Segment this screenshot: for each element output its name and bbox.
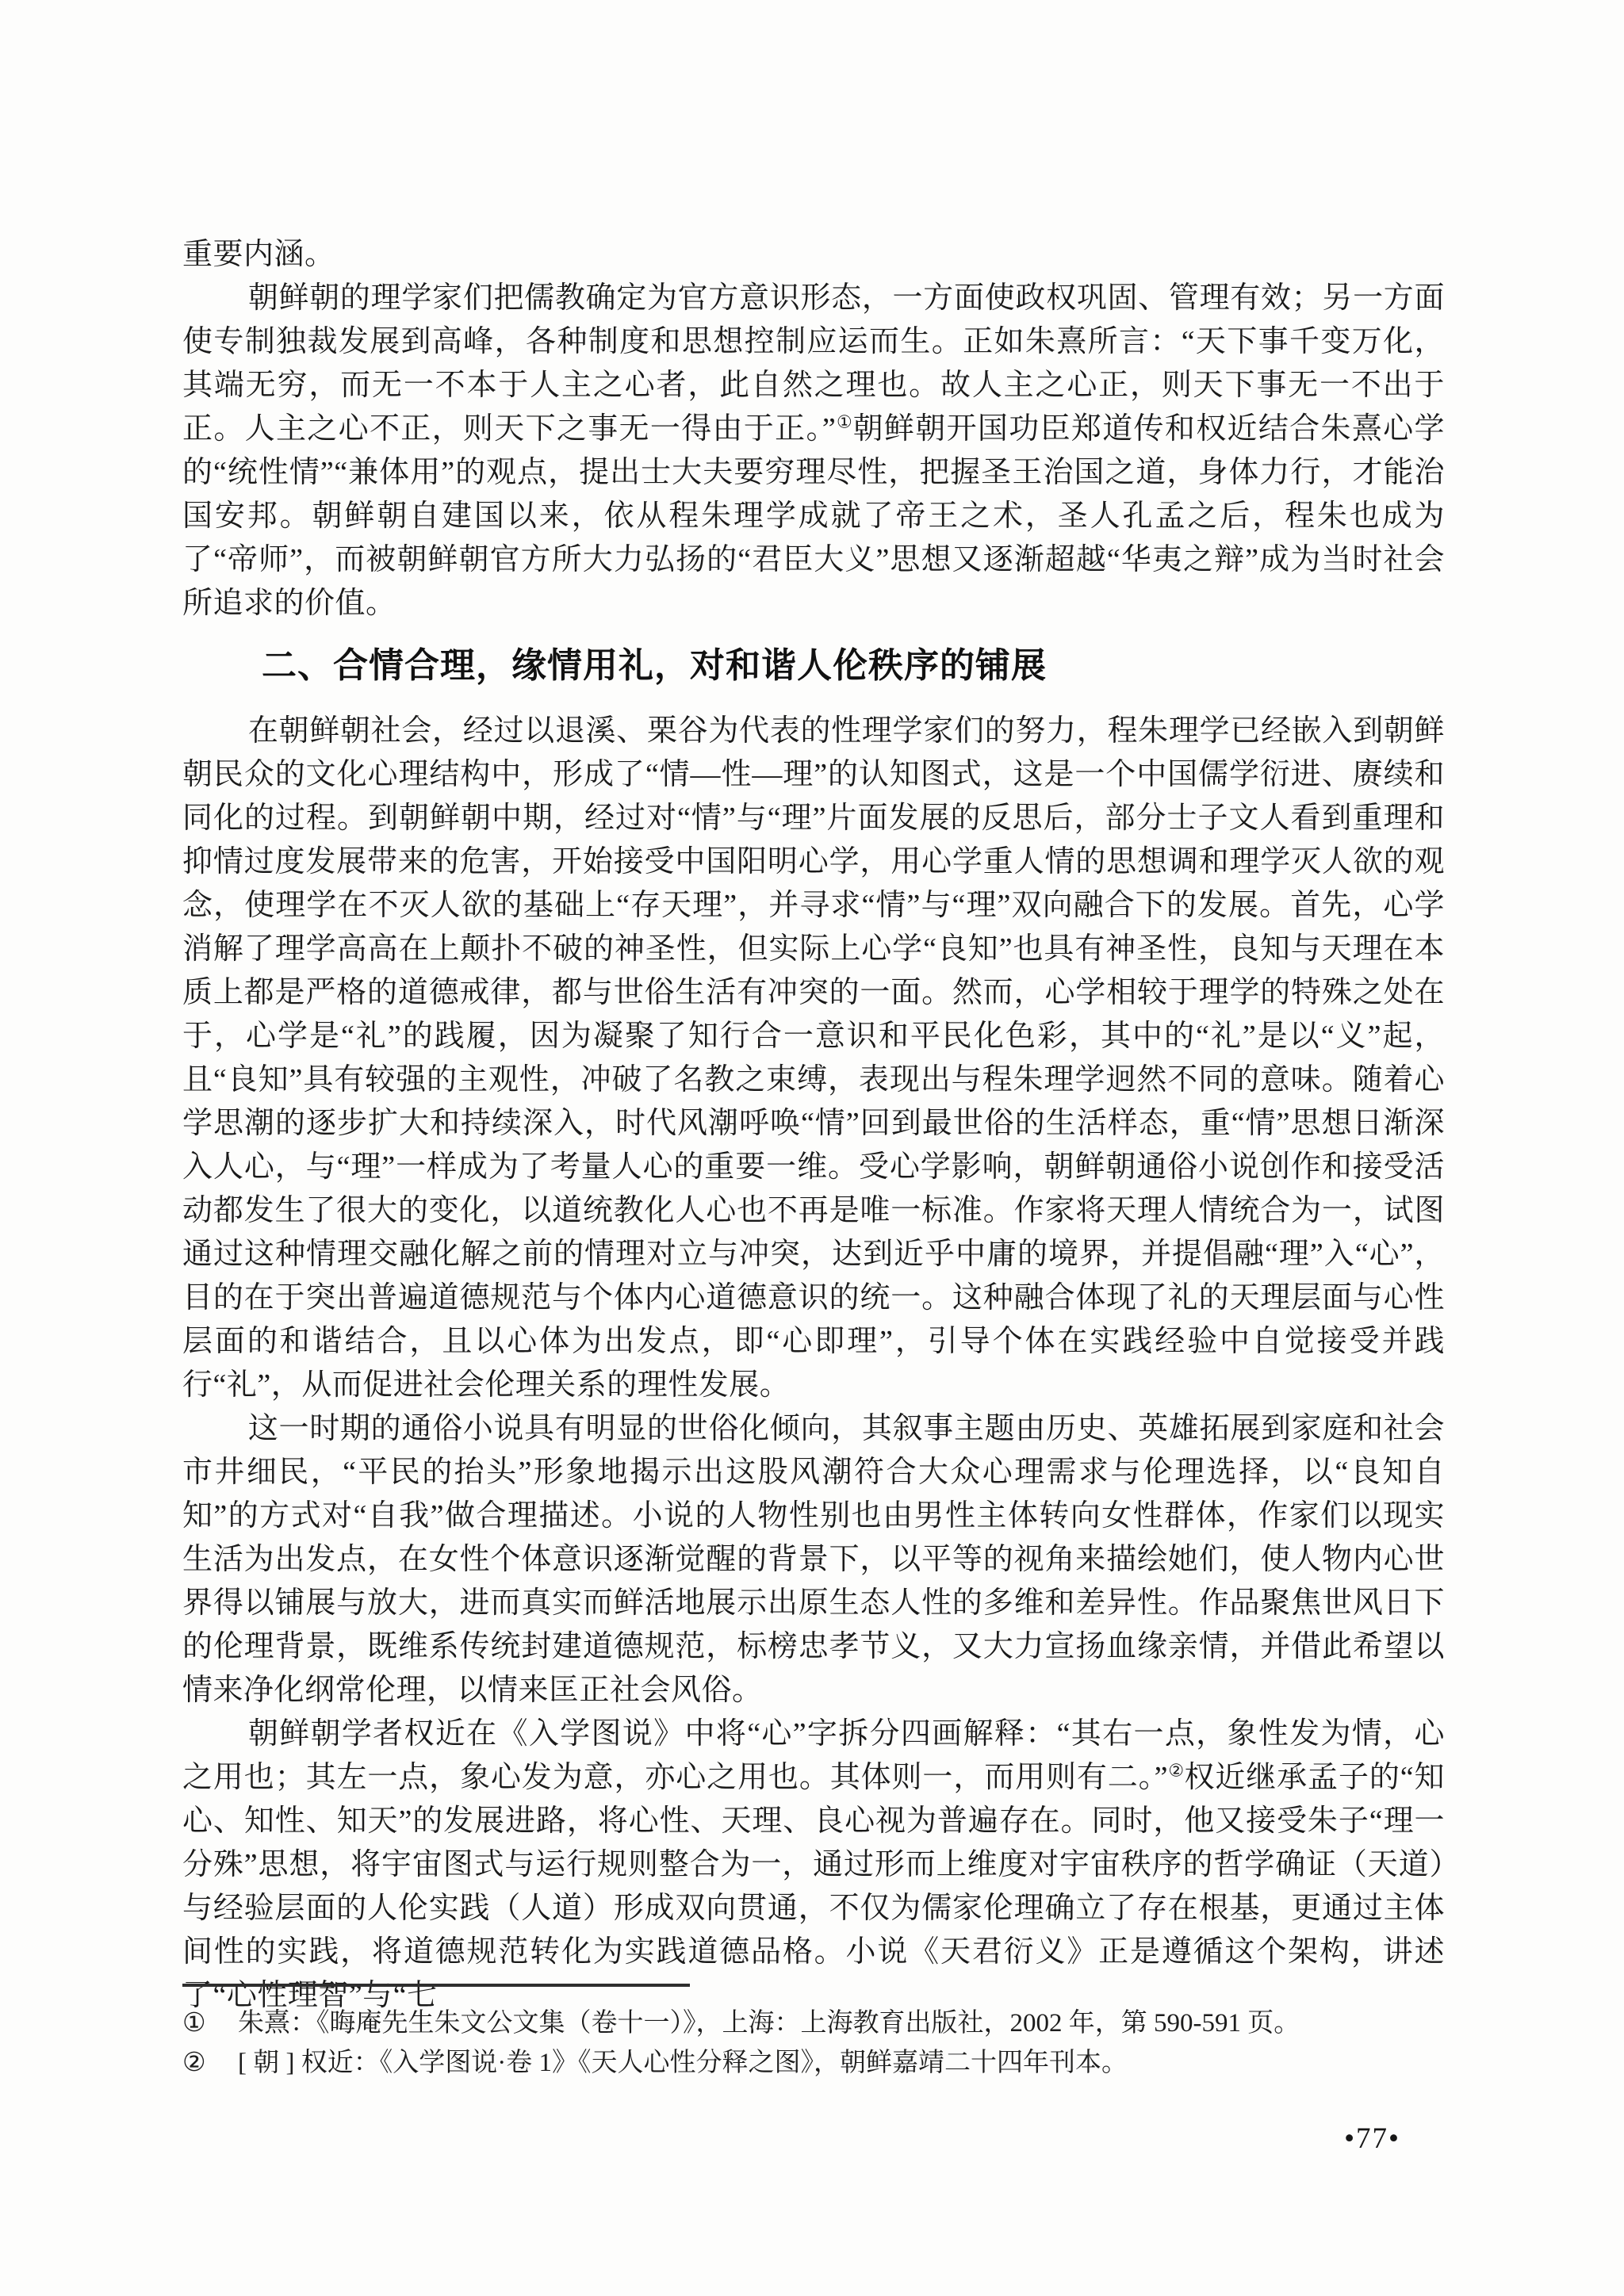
footnote-2-text: [ 朝 ] 权近：《入学图说·卷 1》《天人心性分释之图》，朝鲜嘉靖二十四年刊本… [238,2044,1445,2082]
paragraph-2: 在朝鲜朝社会，经过以退溪、栗谷为代表的性理学家们的努力，程朱理学已经嵌入到朝鲜朝… [182,710,1445,1407]
paragraph-4: 朝鲜朝学者权近在《入学图说》中将“心”字拆分四画解释：“其右一点，象性发为情，心… [182,1712,1445,2018]
paragraph-4-text-after-ref: 权近继承孟子的“知心、知性、知天”的发展进路，将心性、天理、良心视为普遍存在。同… [182,1761,1445,2012]
footnote-divider [182,1984,690,1987]
footnotes-section: ① 朱熹：《晦庵先生朱文公文集（卷十一）》，上海：上海教育出版社，2002 年，… [182,1984,1445,2084]
paragraph-3: 这一时期的通俗小说具有明显的世俗化倾向，其叙事主题由历史、英雄拓展到家庭和社会市… [182,1407,1445,1712]
footnote-1-marker: ① [182,2004,238,2042]
footnote-2-marker: ② [182,2044,238,2082]
footnote-ref-2: ② [1168,1760,1185,1780]
opening-continuation-line: 重要内涵。 [182,233,1445,277]
footnote-item-1: ① 朱熹：《晦庵先生朱文公文集（卷十一）》，上海：上海教育出版社，2002 年，… [182,2004,1445,2042]
paragraph-1: 朝鲜朝的理学家们把儒教确定为官方意识形态，一方面使政权巩固、管理有效；另一方面使… [182,277,1445,626]
footnote-item-2: ② [ 朝 ] 权近：《入学图说·卷 1》《天人心性分释之图》，朝鲜嘉靖二十四年… [182,2044,1445,2082]
paper-page: 重要内涵。 朝鲜朝的理学家们把儒教确定为官方意识形态，一方面使政权巩固、管理有效… [0,0,1624,2296]
footnote-1-text: 朱熹：《晦庵先生朱文公文集（卷十一）》，上海：上海教育出版社，2002 年，第 … [238,2004,1445,2042]
section-heading: 二、合情合理，缘情用礼，对和谐人伦秩序的铺展 [262,643,1445,689]
footnote-ref-1: ① [836,411,852,431]
page-number: •77• [1344,2122,1400,2156]
page-body-text: 重要内涵。 朝鲜朝的理学家们把儒教确定为官方意识形态，一方面使政权巩固、管理有效… [182,233,1445,2018]
